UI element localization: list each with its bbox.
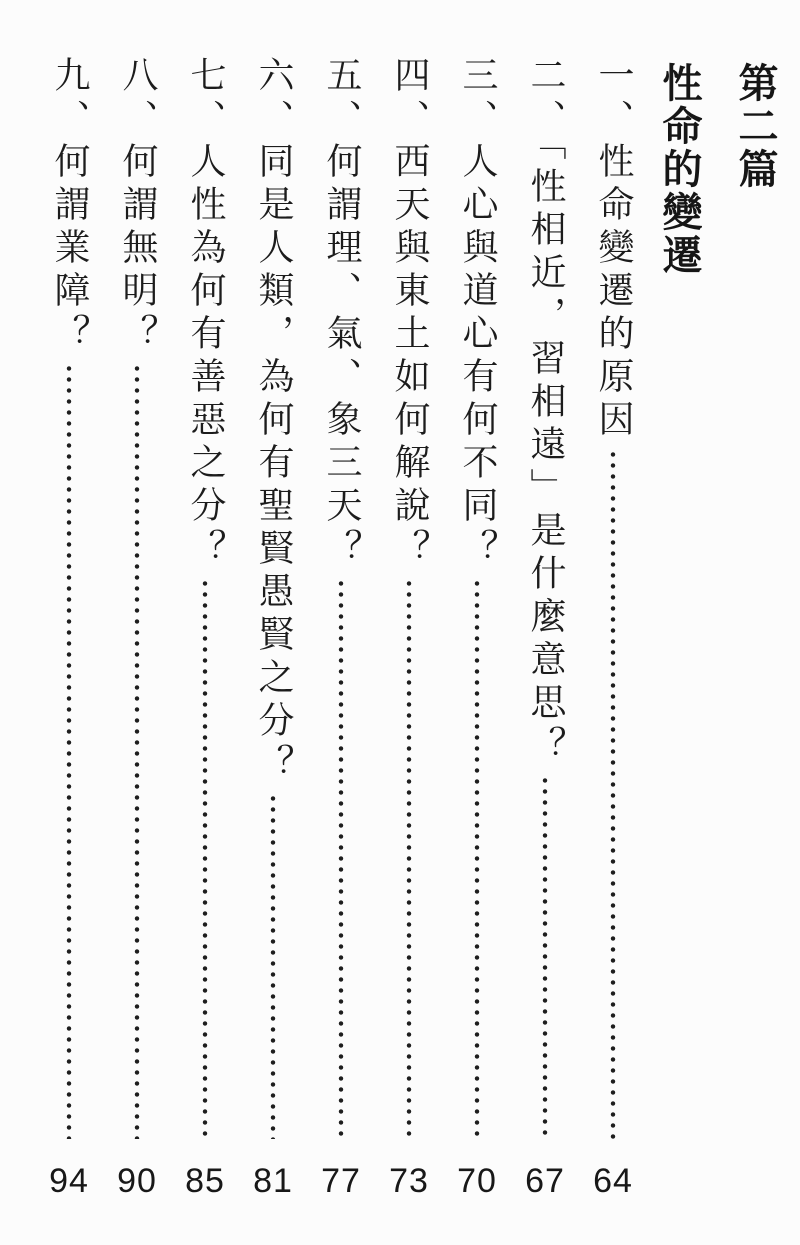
entry-title: 人心與道心有何不同？ — [457, 142, 498, 572]
entry-text: 二、「性相近，習相遠」是什麼意思？ — [523, 56, 567, 769]
entry-text: 一、性命變遷的原因 — [591, 56, 635, 443]
dot-leader — [270, 793, 276, 1139]
entry-title: 何謂無明？ — [117, 142, 158, 357]
section-label: 第二篇 — [727, 62, 783, 277]
entry-text: 七、人性為何有善惡之分？ — [183, 56, 227, 572]
page-number: 90 — [117, 1157, 157, 1205]
dot-leader — [66, 363, 72, 1139]
entry-numbering: 四、 — [389, 56, 430, 142]
page-number: 73 — [389, 1157, 429, 1205]
page-number: 94 — [49, 1157, 89, 1205]
toc-entry: 四、西天與東土如何解說？ 73 — [387, 56, 431, 1205]
entry-numbering: 七、 — [185, 56, 226, 142]
entry-text: 九、何謂業障？ — [47, 56, 91, 357]
page-number: 70 — [457, 1157, 497, 1205]
entry-title: 性命變遷的原因 — [593, 142, 634, 443]
entry-title: 人性為何有善惡之分？ — [185, 142, 226, 572]
dot-leader — [610, 449, 616, 1139]
entry-numbering: 三、 — [457, 56, 498, 142]
table-of-contents: 第二篇 性命的變遷 一、性命變遷的原因 64 二、「性相近，習相遠」是什麼意思？… — [15, 56, 745, 1205]
dot-leader — [134, 363, 140, 1139]
page-number: 77 — [321, 1157, 361, 1205]
section-heading: 第二篇 性命的變遷 — [651, 62, 783, 277]
toc-entry: 二、「性相近，習相遠」是什麼意思？ 67 — [523, 56, 567, 1205]
entry-title: 何謂理、氣、象三天？ — [321, 142, 362, 572]
entry-text: 六、同是人類，為何有聖賢愚賢之分？ — [251, 56, 295, 787]
entry-numbering: 一、 — [593, 56, 634, 142]
entry-numbering: 五、 — [321, 56, 362, 142]
toc-entry: 三、人心與道心有何不同？ 70 — [455, 56, 499, 1205]
toc-entry: 六、同是人類，為何有聖賢愚賢之分？ 81 — [251, 56, 295, 1205]
entry-text: 三、人心與道心有何不同？ — [455, 56, 499, 572]
entry-numbering: 六、 — [253, 56, 294, 142]
dot-leader — [542, 775, 548, 1139]
dot-leader — [474, 578, 480, 1139]
entry-text: 八、何謂無明？ — [115, 56, 159, 357]
entry-title: 同是人類，為何有聖賢愚賢之分？ — [253, 142, 294, 787]
dot-leader — [202, 578, 208, 1139]
section-title: 性命的變遷 — [651, 62, 707, 277]
page-number: 67 — [525, 1157, 565, 1205]
entry-title: 西天與東土如何解說？ — [389, 142, 430, 572]
toc-entry: 七、人性為何有善惡之分？ 85 — [183, 56, 227, 1205]
entry-numbering: 八、 — [117, 56, 158, 142]
entry-title: 何謂業障？ — [49, 142, 90, 357]
page-number: 81 — [253, 1157, 293, 1205]
entry-text: 五、何謂理、氣、象三天？ — [319, 56, 363, 572]
dot-leader — [406, 578, 412, 1139]
entry-numbering: 二、 — [525, 56, 566, 142]
page-number: 64 — [593, 1157, 633, 1205]
book-page: 第二篇 性命的變遷 一、性命變遷的原因 64 二、「性相近，習相遠」是什麼意思？… — [0, 0, 800, 1245]
entry-text: 四、西天與東土如何解說？ — [387, 56, 431, 572]
entry-title: 「性相近，習相遠」是什麼意思？ — [525, 142, 566, 769]
entry-numbering: 九、 — [49, 56, 90, 142]
section-heading-column: 第二篇 性命的變遷 — [689, 56, 745, 1205]
toc-entry: 九、何謂業障？ 94 — [47, 56, 91, 1205]
dot-leader — [338, 578, 344, 1139]
toc-entry: 五、何謂理、氣、象三天？ 77 — [319, 56, 363, 1205]
toc-entry: 八、何謂無明？ 90 — [115, 56, 159, 1205]
toc-entry: 一、性命變遷的原因 64 — [591, 56, 635, 1205]
page-number: 85 — [185, 1157, 225, 1205]
